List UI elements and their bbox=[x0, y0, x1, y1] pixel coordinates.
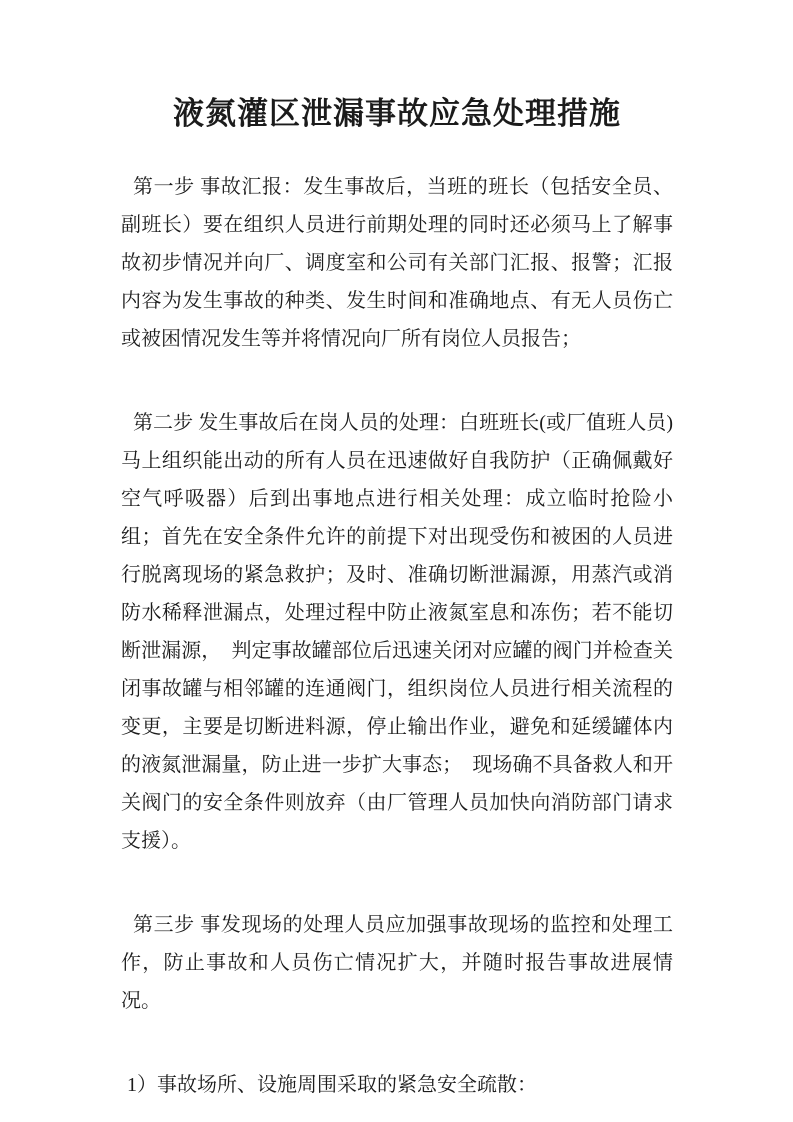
paragraph-step-1: 第一步 事故汇报：发生事故后，当班的班长（包括安全员、副班长）要在组织人员进行前… bbox=[121, 168, 673, 358]
paragraph-step-3: 第三步 事发现场的处理人员应加强事故现场的监控和处理工作，防止事故和人员伤亡情况… bbox=[121, 906, 673, 1020]
document-title: 液氮灌区泄漏事故应急处理措施 bbox=[121, 92, 673, 136]
paragraph-step-2: 第二步 发生事故后在岗人员的处理：白班班长(或厂值班人员)马上组织能出动的所有人… bbox=[121, 404, 673, 860]
list-item-1: 1）事故场所、设施周围采取的紧急安全疏散： bbox=[121, 1066, 673, 1104]
document-page: 液氮灌区泄漏事故应急处理措施 第一步 事故汇报：发生事故后，当班的班长（包括安全… bbox=[0, 0, 793, 1122]
